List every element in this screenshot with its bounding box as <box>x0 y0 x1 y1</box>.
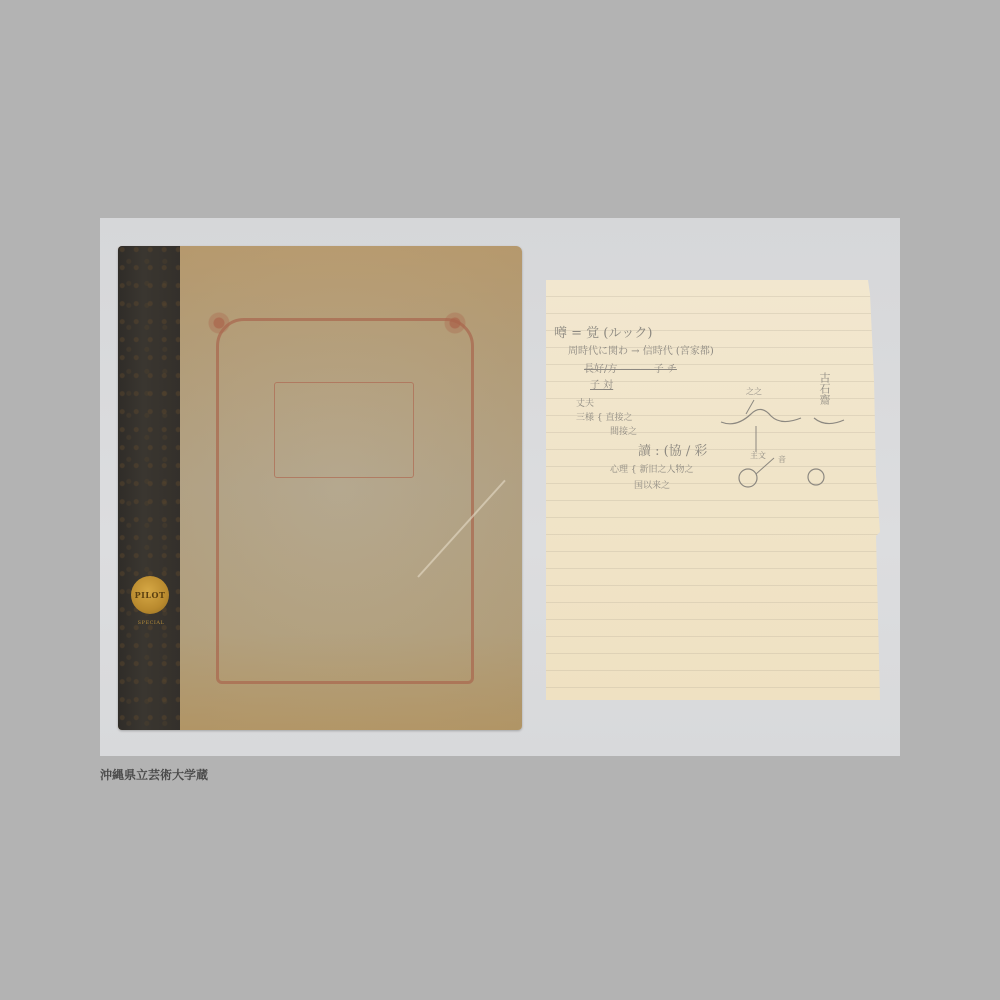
note-line: 丈夫 <box>576 396 594 409</box>
note-line: 国以来之 <box>634 478 670 491</box>
note-line: 長好/方 ——— 子 チ <box>584 360 677 375</box>
frame-flower-ornament-icon <box>208 312 230 334</box>
note-line: 三様 { 直接之 <box>576 410 632 423</box>
diagram-label: 之之 <box>746 386 762 397</box>
cover-ornamental-frame <box>216 318 474 684</box>
note-line: 間接之 <box>610 424 637 437</box>
diagram-label: 音 <box>778 454 786 465</box>
handwritten-note: 噂 = 覚 (ルック) 周時代に関わ → 信時代 (宮家都) 長好/方 ——— … <box>546 280 880 700</box>
note-line: 心理 { 新旧之人物之 <box>610 462 693 475</box>
frame-flower-ornament-icon <box>444 312 466 334</box>
pencil-sketch-diagram <box>716 360 876 490</box>
spine-label: SPECIAL <box>126 620 176 626</box>
note-line: 讀 : (協 / 彩 <box>638 440 707 459</box>
diagram-label: 古石齋 <box>816 372 832 405</box>
note-line: 噂 = 覚 (ルック) <box>554 322 652 341</box>
collection-caption: 沖縄県立芸術大学蔵 <box>100 766 208 783</box>
cover-label-box <box>274 382 414 478</box>
note-line: 子 対 <box>590 376 613 391</box>
artifact-photo: PILOT SPECIAL 噂 = 覚 (ルック) 周時代に関わ → 信時代 (… <box>100 218 900 756</box>
diagram-label: 主文 <box>750 450 766 461</box>
notebook: PILOT SPECIAL <box>118 246 522 730</box>
notebook-spine: PILOT SPECIAL <box>118 246 180 730</box>
note-line: 周時代に関わ → 信時代 (宮家都) <box>568 342 714 357</box>
spine-emblem-icon: PILOT <box>131 576 169 614</box>
